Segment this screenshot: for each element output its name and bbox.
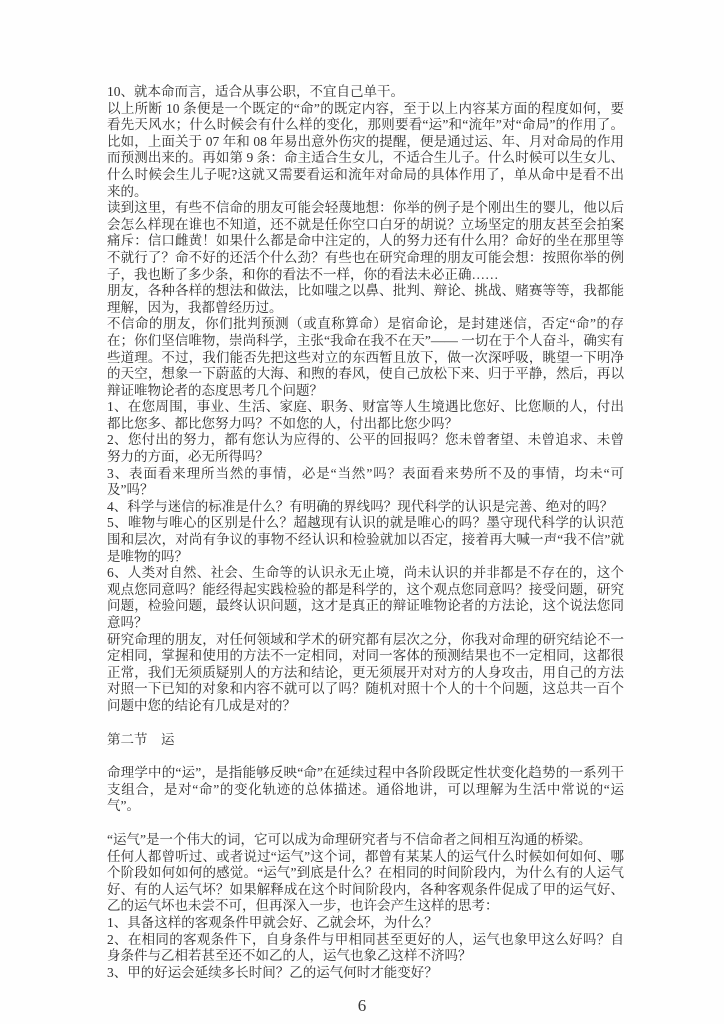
paragraph-spacer bbox=[107, 715, 624, 732]
paragraph: 3、甲的好运会延续多长时间？乙的运气何时才能变好？ bbox=[107, 965, 624, 982]
paragraph: 5、唯物与唯心的区别是什么？超越现有认识的就是唯心的吗？墨守现代科学的认识范围和… bbox=[107, 515, 624, 565]
page-body-text: 10、就本命而言，适合从事公职，不宜自己单干。以上所断 10 条便是一个既定的“… bbox=[107, 84, 624, 981]
paragraph: 2、在相同的客观条件下，自身条件与甲相同甚至更好的人，运气也象甲这么好吗？自身条… bbox=[107, 932, 624, 965]
paragraph-spacer bbox=[107, 815, 624, 832]
paragraph: 1、在您周围，事业、生活、家庭、职务、财富等人生境遇比您好、比您顺的人，付出都比… bbox=[107, 399, 624, 432]
paragraph: 2、您付出的努力，都有您认为应得的、公平的回报吗？您未曾奢望、未曾追求、未曾努力… bbox=[107, 432, 624, 465]
paragraph: “运气”是一个伟大的词，它可以成为命理研究者与不信命者之间相互沟通的桥梁。 bbox=[107, 832, 624, 849]
page-number: 6 bbox=[358, 996, 367, 1015]
page-footer: 6 bbox=[0, 996, 724, 1016]
paragraph: 任何人都曾听过、或者说过“运气”这个词，都曾有某某人的运气什么时候如何如何、哪个… bbox=[107, 849, 624, 915]
paragraph: 不信命的朋友，你们批判预测（或直称算命）是宿命论，是封建迷信，否定“命”的存在；… bbox=[107, 316, 624, 399]
paragraph: 6、人类对自然、社会、生命等的认识永无止境，尚未认识的并非都是不存在的，这个观点… bbox=[107, 565, 624, 631]
paragraph: 1、具备这样的客观条件甲就会好、乙就会坏，为什么？ bbox=[107, 915, 624, 932]
paragraph: 10、就本命而言，适合从事公职，不宜自己单干。 bbox=[107, 84, 624, 101]
section-heading: 第二节 运 bbox=[107, 732, 624, 749]
paragraph-spacer bbox=[107, 748, 624, 765]
document-page: 10、就本命而言，适合从事公职，不宜自己单干。以上所断 10 条便是一个既定的“… bbox=[0, 0, 724, 1024]
paragraph: 研究命理的朋友，对任何领域和学术的研究都有层次之分，你我对命理的研究结论不一定相… bbox=[107, 632, 624, 715]
paragraph: 以上所断 10 条便是一个既定的“命”的既定内容，至于以上内容某方面的程度如何，… bbox=[107, 101, 624, 201]
paragraph: 4、科学与迷信的标准是什么？有明确的界线吗？现代科学的认识是完善、绝对的吗？ bbox=[107, 499, 624, 516]
paragraph: 命理学中的“运”，是指能够反映“命”在延续过程中各阶段既定性状变化趋势的一系列干… bbox=[107, 765, 624, 815]
paragraph: 朋友，各种各样的想法和做法，比如嗤之以鼻、批判、辩论、挑战、赌赛等等，我都能理解… bbox=[107, 283, 624, 316]
paragraph: 读到这里，有些不信命的朋友可能会轻蔑地想：你举的例子是个刚出生的婴儿，他以后会怎… bbox=[107, 200, 624, 283]
paragraph: 3、表面看来理所当然的事情，必是“当然”吗？表面看来势所不及的事情，均未“可及”… bbox=[107, 466, 624, 499]
